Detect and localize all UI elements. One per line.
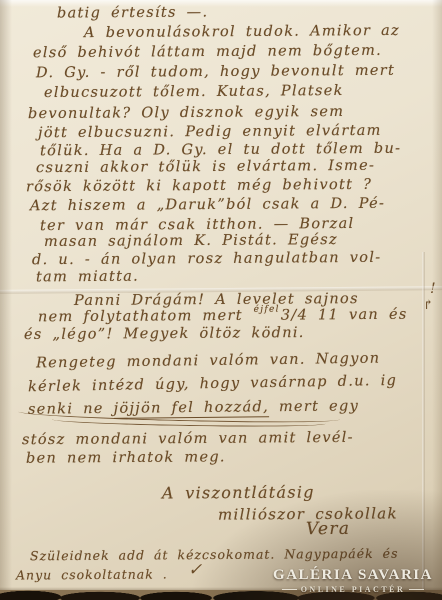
letter-text: mert egy xyxy=(269,398,359,415)
letter-line: Rengeteg mondani valóm van. Nagyon xyxy=(36,351,381,372)
letter-line: csuzni akkor tőlük is elvártam. Isme- xyxy=(36,158,375,176)
letter-line: bevonultak? Oly disznok egyik sem xyxy=(28,104,344,122)
letter-line: első behivót láttam majd nem bőgtem. xyxy=(33,43,382,61)
letter-text: nem folytathatom mert xyxy=(38,308,253,325)
watermark-dash xyxy=(282,589,297,590)
watermark-subtitle: ONLINE PIACTÉR xyxy=(268,585,438,594)
letter-line: stósz mondani valóm van amit levél- xyxy=(22,430,354,448)
paper-edge-left xyxy=(0,0,12,592)
letter-line: kérlek intézd úgy, hogy vasárnap d.u. ig xyxy=(28,373,397,395)
letter-line: és „légo”! Megyek öltöz ködni. xyxy=(24,325,305,343)
watermark-subtitle-text: ONLINE PIACTÉR xyxy=(301,585,406,594)
letter-line: elbucsuzott tőlem. Kutas, Platsek xyxy=(44,83,344,101)
letter-line: masan sajnálom K. Pistát. Egész xyxy=(44,232,338,250)
letter-line: A bevonulásokrol tudok. Amikor az xyxy=(84,23,400,41)
letter-line: rősök között ki kapott még behivott ? xyxy=(26,177,372,195)
postscript-line: Anyu csokoltatnak . xyxy=(16,566,168,582)
letter-line: D. Gy. - ről tudom, hogy bevonult mert xyxy=(36,63,395,82)
letter-line: nem folytathatom mert éjfel3/4 11 van és xyxy=(38,307,408,326)
inserted-word: éjfel xyxy=(254,305,280,315)
letter-line: d. u. - án olyan rosz hangulatban vol- xyxy=(32,250,382,268)
letter-photo: batig értesíts —. A bevonulásokrol tudok… xyxy=(0,0,442,600)
letter-line: Panni Drágám! A levelet sajnos xyxy=(74,291,359,309)
letter-line: tam miatta. xyxy=(36,269,139,286)
letter-line: ben nem irhatok meg. xyxy=(26,449,226,466)
watermark: GALÉRIA SAVARIA ONLINE PIACTÉR xyxy=(268,567,438,594)
watermark-dash xyxy=(409,589,424,590)
letter-line: tőlük. Ha a D. Gy. el tu dott tőlem bu- xyxy=(40,141,401,160)
letter-text: 3/4 11 van és xyxy=(281,307,408,324)
letter-line: batig értesíts —. xyxy=(57,4,208,21)
watermark-title: GALÉRIA SAVARIA xyxy=(268,567,438,584)
letter-line: Azt hiszem a „Daruk”ból csak a D. Pé- xyxy=(30,196,385,214)
letter-line: jött elbucsuzni. Pedig ennyit elvártam xyxy=(38,123,382,141)
paper-edge-top xyxy=(0,0,442,7)
